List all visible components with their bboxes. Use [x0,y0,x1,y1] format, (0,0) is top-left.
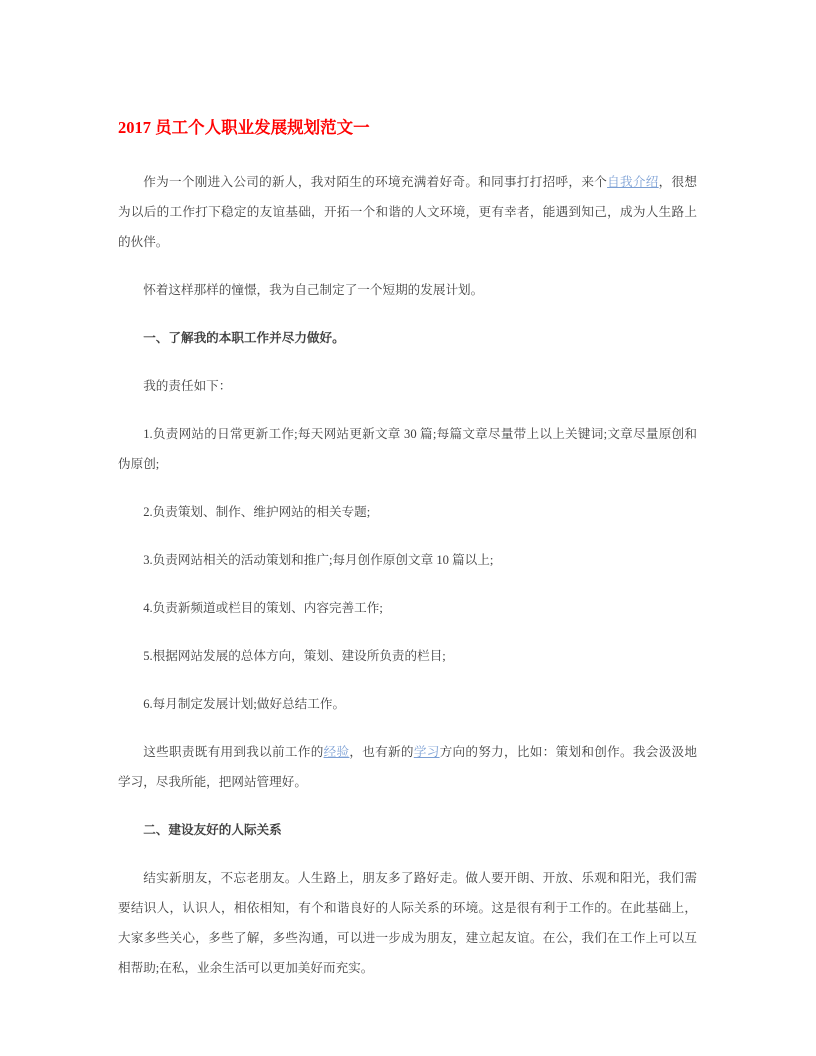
paragraph: 怀着这样那样的憧憬，我为自己制定了一个短期的发展计划。 [118,275,697,305]
text-run: 作为一个刚进入公司的新人，我对陌生的环境充满着好奇。和同事打打招呼，来个 [143,175,607,189]
text-run: 6.每月制定发展计划;做好总结工作。 [143,697,345,711]
text-run: 我的责任如下： [143,379,231,393]
document-body: 作为一个刚进入公司的新人，我对陌生的环境充满着好奇。和同事打打招呼，来个自我介绍… [118,167,697,983]
inline-link[interactable]: 学习 [414,745,440,759]
document-page: 2017 员工个人职业发展规划范文一 作为一个刚进入公司的新人，我对陌生的环境充… [0,0,816,1056]
text-run: 一、了解我的本职工作并尽力做好。 [143,331,345,345]
paragraph: 6.每月制定发展计划;做好总结工作。 [118,689,697,719]
section-heading: 一、了解我的本职工作并尽力做好。 [118,323,697,353]
text-run: 4.负责新频道或栏目的策划、内容完善工作; [143,601,383,615]
text-run: 结实新朋友，不忘老朋友。人生路上，朋友多了路好走。做人要开朗、开放、乐观和阳光，… [118,871,697,975]
text-run: 2.负责策划、制作、维护网站的相关专题; [143,505,370,519]
paragraph: 这些职责既有用到我以前工作的经验，也有新的学习方向的努力，比如：策划和创作。我会… [118,737,697,797]
paragraph: 3.负责网站相关的活动策划和推广;每月创作原创文章 10 篇以上; [118,545,697,575]
section-heading: 二、建设友好的人际关系 [118,815,697,845]
text-run: 这些职责既有用到我以前工作的 [143,745,323,759]
paragraph: 1.负责网站的日常更新工作;每天网站更新文章 30 篇;每篇文章尽量带上以上关键… [118,419,697,479]
inline-link[interactable]: 经验 [324,745,350,759]
text-run: 1.负责网站的日常更新工作;每天网站更新文章 30 篇;每篇文章尽量带上以上关键… [118,427,697,471]
text-run: 5.根据网站发展的总体方向，策划、建设所负责的栏目; [143,649,446,663]
inline-link[interactable]: 自我介绍 [607,175,659,189]
paragraph: 4.负责新频道或栏目的策划、内容完善工作; [118,593,697,623]
paragraph: 结实新朋友，不忘老朋友。人生路上，朋友多了路好走。做人要开朗、开放、乐观和阳光，… [118,863,697,983]
document-title: 2017 员工个人职业发展规划范文一 [118,117,697,139]
text-run: 怀着这样那样的憧憬，我为自己制定了一个短期的发展计划。 [143,283,483,297]
paragraph: 我的责任如下： [118,371,697,401]
text-run: ，也有新的 [349,745,413,759]
text-run: 3.负责网站相关的活动策划和推广;每月创作原创文章 10 篇以上; [143,553,493,567]
paragraph: 5.根据网站发展的总体方向，策划、建设所负责的栏目; [118,641,697,671]
paragraph: 作为一个刚进入公司的新人，我对陌生的环境充满着好奇。和同事打打招呼，来个自我介绍… [118,167,697,257]
text-run: 二、建设友好的人际关系 [143,823,282,837]
paragraph: 2.负责策划、制作、维护网站的相关专题; [118,497,697,527]
